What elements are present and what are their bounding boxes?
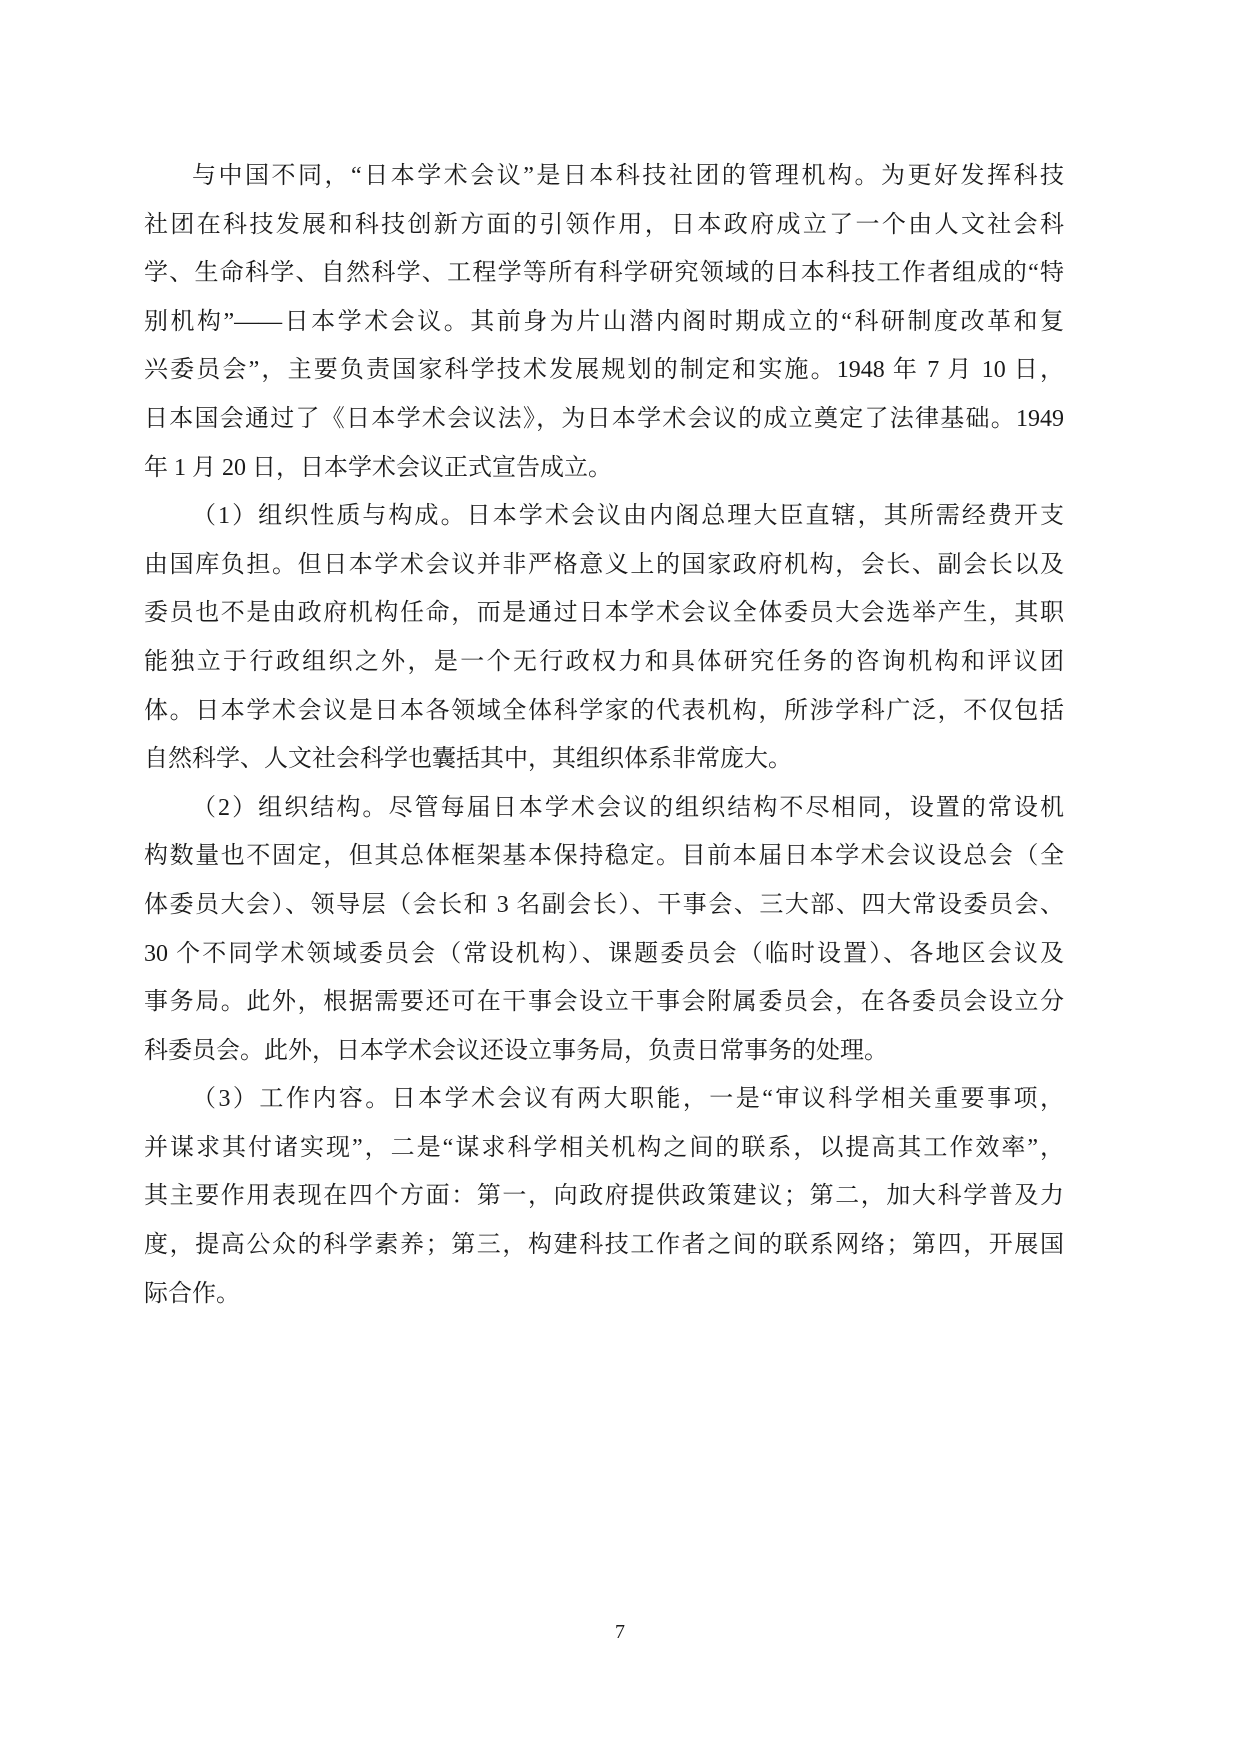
text-line: 自然科学、人文社会科学也囊括其中，其组织体系非常庞大。 [144, 735, 1064, 784]
text-line: 日本国会通过了《日本学术会议法》，为日本学术会议的成立奠定了法律基础。1949 [144, 395, 1064, 444]
text-line: （3）工作内容。日本学术会议有两大职能，一是“审议科学相关重要事项， [144, 1075, 1064, 1124]
text-line: 度，提高公众的科学素养；第三，构建科技工作者之间的联系网络；第四，开展国 [144, 1221, 1064, 1270]
text-line: 学、生命科学、自然科学、工程学等所有科学研究领域的日本科技工作者组成的“特 [144, 249, 1064, 298]
text-line: 科委员会。此外，日本学术会议还设立事务局，负责日常事务的处理。 [144, 1027, 1064, 1076]
text-line: 体委员大会）、领导层（会长和 3 名副会长）、干事会、三大部、四大常设委员会、 [144, 881, 1064, 930]
text-line: 年 1 月 20 日，日本学术会议正式宣告成立。 [144, 444, 1064, 493]
page-footer: 7 [0, 1618, 1240, 1646]
paragraph: （1）组织性质与构成。日本学术会议由内阁总理大臣直辖，其所需经费开支由国库负担。… [144, 492, 1064, 784]
text-line: （1）组织性质与构成。日本学术会议由内阁总理大臣直辖，其所需经费开支 [144, 492, 1064, 541]
text-line: （2）组织结构。尽管每届日本学术会议的组织结构不尽相同，设置的常设机 [144, 784, 1064, 833]
paragraph: （2）组织结构。尽管每届日本学术会议的组织结构不尽相同，设置的常设机构数量也不固… [144, 784, 1064, 1076]
text-line: 委员也不是由政府机构任命，而是通过日本学术会议全体委员大会选举产生，其职 [144, 589, 1064, 638]
text-line: 与中国不同，“日本学术会议”是日本科技社团的管理机构。为更好发挥科技 [144, 152, 1064, 201]
paragraph: （3）工作内容。日本学术会议有两大职能，一是“审议科学相关重要事项，并谋求其付诸… [144, 1075, 1064, 1318]
text-line: 由国库负担。但日本学术会议并非严格意义上的国家政府机构，会长、副会长以及 [144, 541, 1064, 590]
text-line: 并谋求其付诸实现”，二是“谋求科学相关机构之间的联系，以提高其工作效率”， [144, 1124, 1064, 1173]
text-line: 构数量也不固定，但其总体框架基本保持稳定。目前本届日本学术会议设总会（全 [144, 832, 1064, 881]
text-line: 兴委员会”，主要负责国家科学技术发展规划的制定和实施。1948 年 7 月 10… [144, 346, 1064, 395]
text-line: 事务局。此外，根据需要还可在干事会设立干事会附属委员会，在各委员会设立分 [144, 978, 1064, 1027]
text-line: 30 个不同学术领域委员会（常设机构）、课题委员会（临时设置）、各地区会议及 [144, 930, 1064, 979]
text-line: 其主要作用表现在四个方面：第一，向政府提供政策建议；第二，加大科学普及力 [144, 1172, 1064, 1221]
text-line: 际合作。 [144, 1270, 1064, 1319]
text-line: 体。日本学术会议是日本各领域全体科学家的代表机构，所涉学科广泛，不仅包括 [144, 687, 1064, 736]
document-body-text: 与中国不同，“日本学术会议”是日本科技社团的管理机构。为更好发挥科技社团在科技发… [144, 152, 1064, 1318]
paragraph: 与中国不同，“日本学术会议”是日本科技社团的管理机构。为更好发挥科技社团在科技发… [144, 152, 1064, 492]
text-line: 能独立于行政组织之外，是一个无行政权力和具体研究任务的咨询机构和评议团 [144, 638, 1064, 687]
text-line: 社团在科技发展和科技创新方面的引领作用，日本政府成立了一个由人文社会科 [144, 201, 1064, 250]
text-line: 别机构”——日本学术会议。其前身为片山潜内阁时期成立的“科研制度改革和复 [144, 298, 1064, 347]
document-page: 与中国不同，“日本学术会议”是日本科技社团的管理机构。为更好发挥科技社团在科技发… [0, 0, 1240, 1753]
page-number: 7 [615, 1621, 625, 1643]
